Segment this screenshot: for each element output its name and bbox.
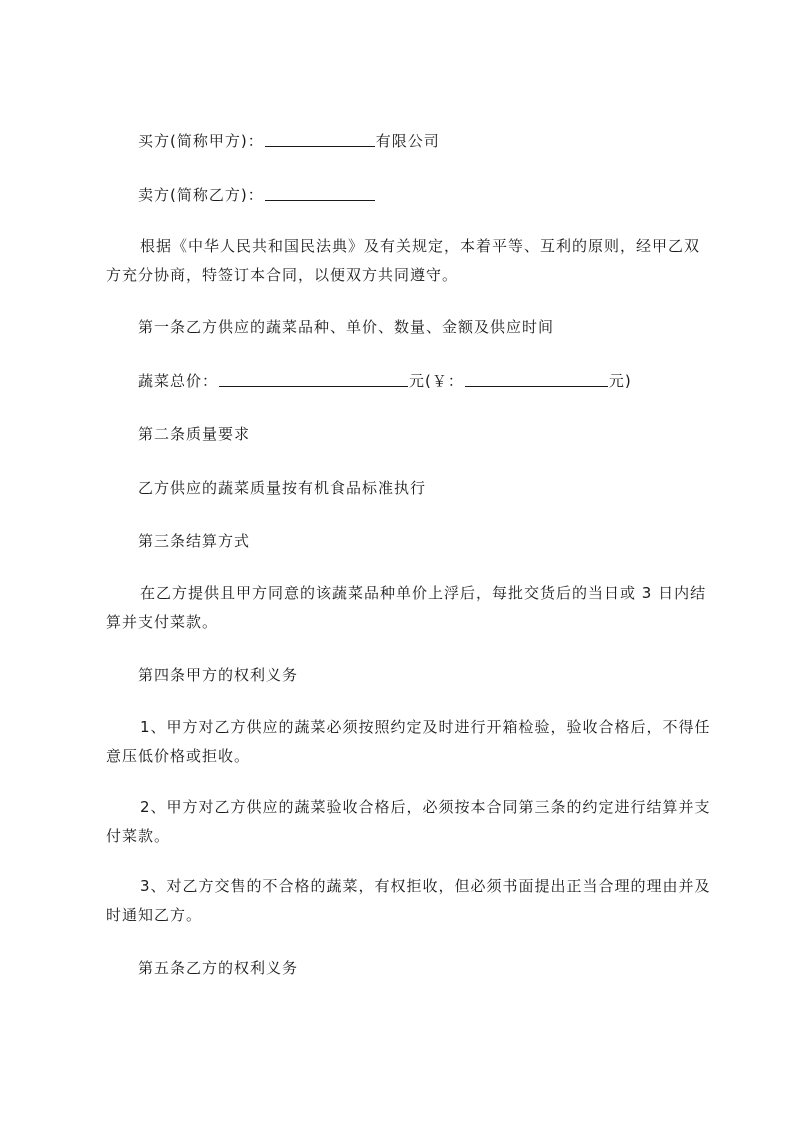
article-3-body: 在乙方提供且甲方同意的该蔬菜品种单价上浮后，每批交货后的当日或 3 日内结 算并… <box>106 579 702 637</box>
article-4-item-3: 3、对乙方交售的不合格的蔬菜，有权拒收，但必须书面提出正当合理的理由并及 时通知… <box>106 872 702 930</box>
article-4-heading: 第四条甲方的权利义务 <box>106 661 702 690</box>
article-2-heading: 第二条质量要求 <box>106 420 702 449</box>
buyer-line: 买方(简称甲方)：有限公司 <box>106 127 702 156</box>
article-4-item-2: 2、甲方对乙方供应的蔬菜验收合格后，必须按本合同第三条的约定进行结算并支 付菜款… <box>106 793 702 851</box>
buyer-label: 买方(简称甲方)： <box>138 132 264 150</box>
preamble-line-2: 方充分协商，特签订本合同，以便双方共同遵守。 <box>106 261 702 290</box>
preamble-line-1: 根据《中华人民共和国民法典》及有关规定，本着平等、互利的原则，经甲乙双 <box>106 232 702 261</box>
vegetable-total-price-line: 蔬菜总价：元(￥：元) <box>106 367 702 396</box>
seller-name-blank[interactable] <box>265 186 375 201</box>
article-2-body: 乙方供应的蔬菜质量按有机食品标准执行 <box>106 474 702 503</box>
yuan-open-label: 元(￥： <box>409 372 464 390</box>
document-page: 买方(简称甲方)：有限公司 卖方(简称乙方)： 根据《中华人民共和国民法典》及有… <box>0 0 793 1122</box>
article-3-line-1: 在乙方提供且甲方同意的该蔬菜品种单价上浮后，每批交货后的当日或 3 日内结 <box>106 579 702 608</box>
article-5-heading: 第五条乙方的权利义务 <box>106 954 702 983</box>
total-price-words-blank[interactable] <box>219 372 408 387</box>
article-3-heading: 第三条结算方式 <box>106 527 702 556</box>
seller-line: 卖方(简称乙方)： <box>106 181 702 210</box>
article-4-item-1: 1、甲方对乙方供应的蔬菜必须按照约定及时进行开箱检验，验收合格后，不得任 意压低… <box>106 713 702 771</box>
yuan-close-label: 元) <box>609 372 632 390</box>
article-1-heading: 第一条乙方供应的蔬菜品种、单价、数量、金额及供应时间 <box>106 313 702 342</box>
article-3-line-2: 算并支付菜款。 <box>106 608 702 637</box>
total-price-figures-blank[interactable] <box>465 372 608 387</box>
preamble-paragraph: 根据《中华人民共和国民法典》及有关规定，本着平等、互利的原则，经甲乙双 方充分协… <box>106 232 702 290</box>
total-price-label: 蔬菜总价： <box>138 372 218 390</box>
buyer-name-blank[interactable] <box>265 132 375 147</box>
buyer-suffix: 有限公司 <box>376 132 440 150</box>
seller-label: 卖方(简称乙方)： <box>138 186 264 204</box>
